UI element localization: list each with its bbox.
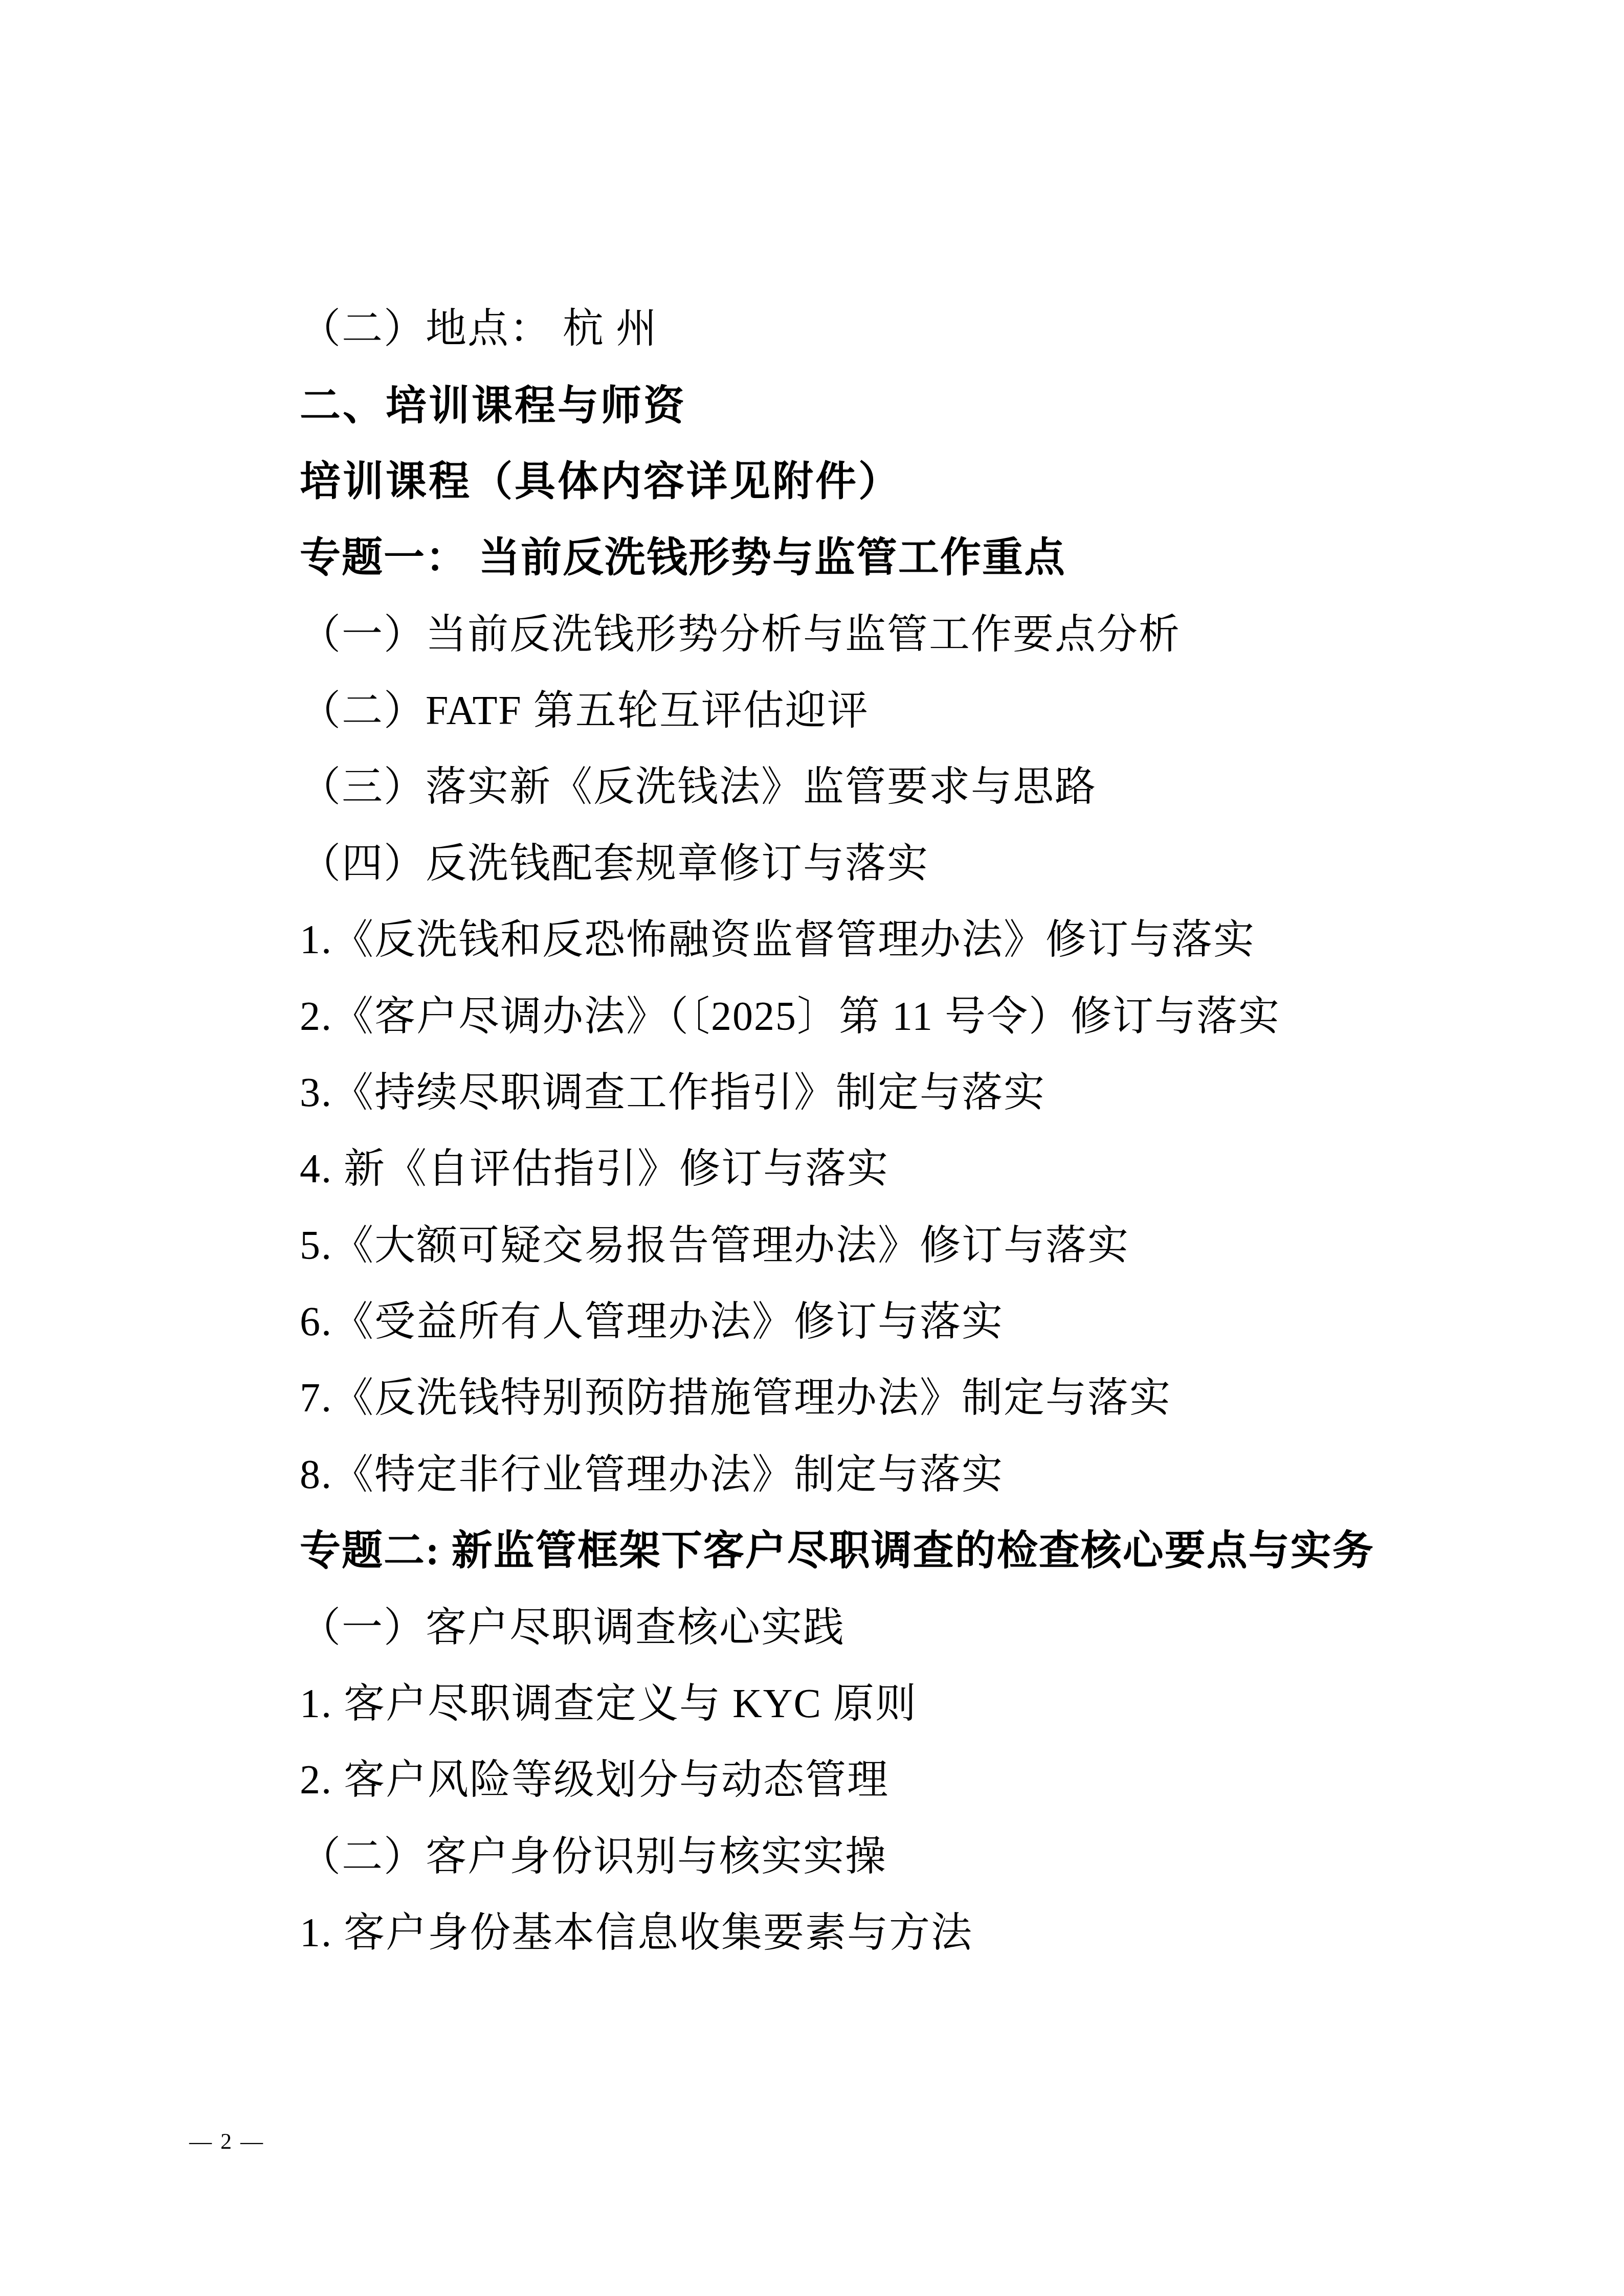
topic2-point-1: （一）客户尽职调查核心实践	[215, 1590, 1440, 1666]
topic1-sub-item-6: 6.《受益所有人管理办法》修订与落实	[215, 1284, 1440, 1360]
topic1-sub-item-8: 8.《特定非行业管理办法》制定与落实	[215, 1437, 1440, 1513]
topic1-sub-item-1: 1.《反洗钱和反恐怖融资监督管理办法》修订与落实	[215, 902, 1440, 978]
topic1-point-3: （三）落实新《反洗钱法》监管要求与思路	[215, 749, 1440, 825]
topic1-sub-item-2: 2.《客户尽调办法》（〔2025〕第 11 号令）修订与落实	[215, 979, 1440, 1055]
heading-training-course-faculty: 二、培训课程与师资	[215, 367, 1440, 443]
topic2-point-2: （二）客户身份识别与核实实操	[215, 1819, 1440, 1895]
topic1-point-2: （二）FATF 第五轮互评估迎评	[215, 673, 1440, 749]
topic2-point-1-item-1: 1. 客户尽职调查定义与 KYC 原则	[215, 1666, 1440, 1742]
page-number: — 2 —	[189, 2126, 264, 2157]
document-body: （二）地点： 杭 州 二、培训课程与师资 培训课程（具体内容详见附件） 专题一：…	[215, 291, 1440, 1972]
topic2-point-1-item-2: 2. 客户风险等级划分与动态管理	[215, 1742, 1440, 1818]
topic1-point-4: （四）反洗钱配套规章修订与落实	[215, 826, 1440, 902]
document-page: （二）地点： 杭 州 二、培训课程与师资 培训课程（具体内容详见附件） 专题一：…	[0, 0, 1624, 2296]
topic1-heading: 专题一： 当前反洗钱形势与监管工作重点	[215, 520, 1440, 596]
topic2-point-2-item-1: 1. 客户身份基本信息收集要素与方法	[215, 1895, 1440, 1971]
topic1-sub-item-3: 3.《持续尽职调查工作指引》制定与落实	[215, 1055, 1440, 1131]
topic1-sub-item-5: 5.《大额可疑交易报告管理办法》修订与落实	[215, 1208, 1440, 1284]
topic1-point-1: （一）当前反洗钱形势分析与监管工作要点分析	[215, 597, 1440, 673]
topic1-sub-item-4: 4. 新《自评估指引》修订与落实	[215, 1131, 1440, 1207]
topic2-heading: 专题二: 新监管框架下客户尽职调查的检查核心要点与实务	[215, 1513, 1440, 1589]
topic1-sub-item-7: 7.《反洗钱特别预防措施管理办法》制定与落实	[215, 1360, 1440, 1436]
subheading-training-course-note: 培训课程（具体内容详见附件）	[215, 444, 1440, 520]
line-location-venue: （二）地点： 杭 州	[215, 291, 1440, 367]
